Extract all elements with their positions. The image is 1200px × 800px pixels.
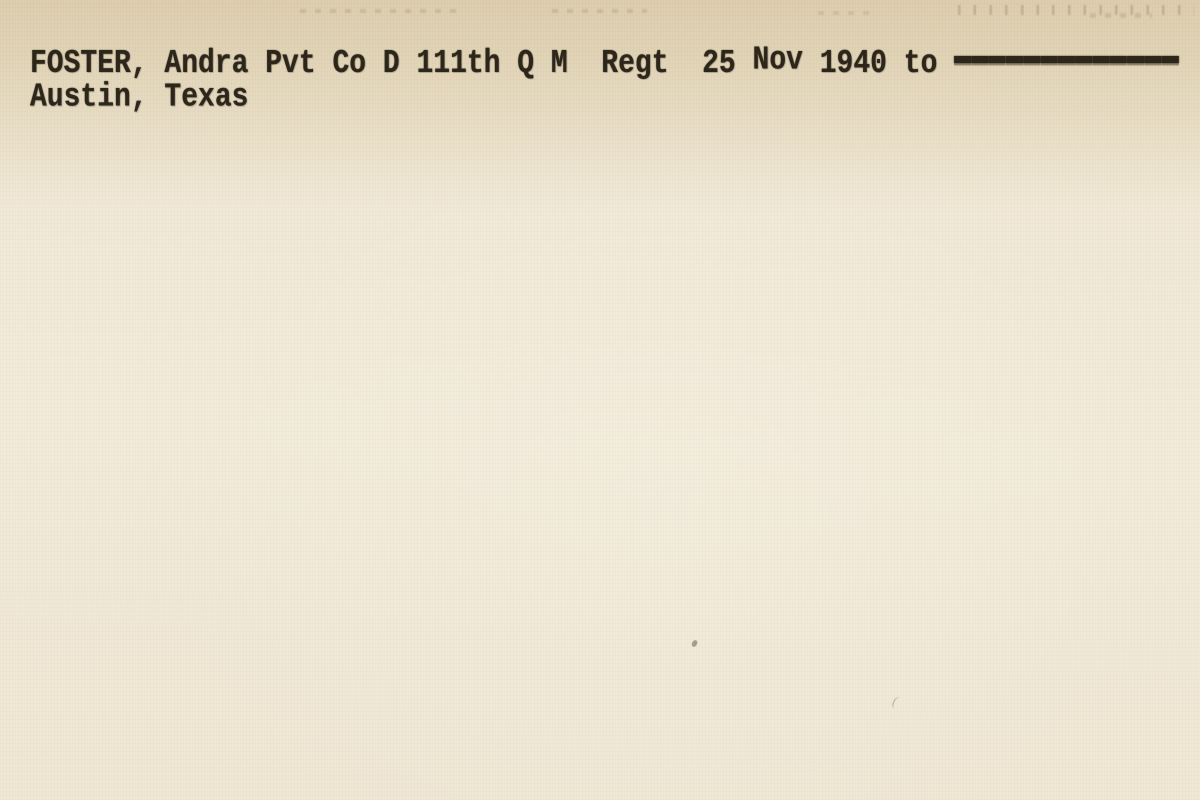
scan-artifact-fiber	[891, 696, 905, 712]
scanned-index-card: FOSTER, Andra Pvt Co D 111th Q M Regt 25…	[0, 0, 1200, 800]
scan-artifact-smudge	[552, 9, 647, 13]
blank-end-date-dashes: —————————————	[954, 27, 1179, 98]
card-line-service-entry: FOSTER, Andra Pvt Co D 111th Q M Regt 25…	[30, 48, 1179, 82]
scan-artifact-smudge	[300, 9, 460, 13]
name-rank-unit-text: FOSTER, Andra Pvt Co D 111th Q M Regt 25	[30, 46, 753, 83]
scan-artifact-speck	[691, 639, 698, 647]
typed-text-block: FOSTER, Andra Pvt Co D 111th Q M Regt 25…	[30, 48, 1179, 115]
year-to-text: 1940 to	[803, 46, 954, 83]
scan-artifact-dotted-row	[958, 5, 1194, 15]
scan-artifact-smudge	[818, 11, 873, 15]
residence-text: Austin, Texas	[30, 79, 248, 116]
month-text: Nov	[753, 44, 803, 78]
